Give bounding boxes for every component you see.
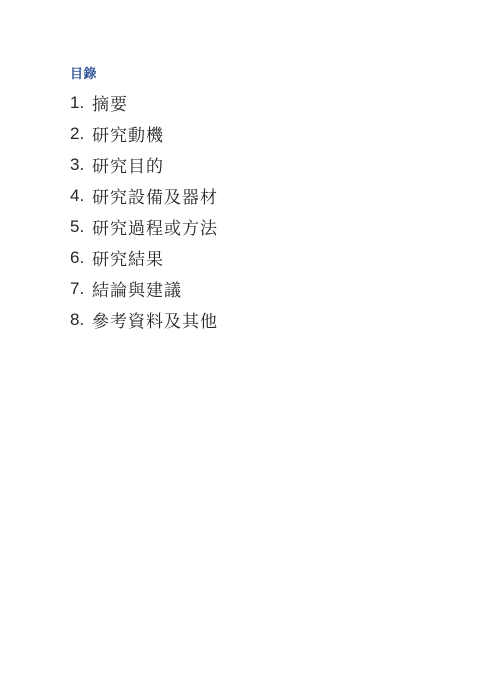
toc-item-label: 研究結果 bbox=[92, 245, 164, 270]
toc-item-label: 研究動機 bbox=[92, 121, 164, 146]
toc-heading: 目錄 bbox=[70, 66, 474, 82]
toc-item-label: 參考資料及其他 bbox=[92, 307, 218, 332]
toc-item-number: 8. bbox=[70, 310, 92, 330]
toc-item-number: 4. bbox=[70, 186, 92, 206]
toc-item-number: 3. bbox=[70, 155, 92, 175]
toc-item: 7. 結論與建議 bbox=[70, 273, 474, 304]
toc-item-label: 摘要 bbox=[92, 90, 128, 115]
toc-section: 目錄 1. 摘要 2. 研究動機 3. 研究目的 4. 研究設備及器材 5. 研… bbox=[0, 0, 494, 335]
toc-item-label: 研究設備及器材 bbox=[92, 183, 218, 208]
toc-item: 2. 研究動機 bbox=[70, 118, 474, 149]
toc-item-number: 7. bbox=[70, 279, 92, 299]
toc-list: 1. 摘要 2. 研究動機 3. 研究目的 4. 研究設備及器材 5. 研究過程… bbox=[70, 87, 474, 335]
document-page: 目錄 1. 摘要 2. 研究動機 3. 研究目的 4. 研究設備及器材 5. 研… bbox=[0, 0, 494, 700]
toc-item: 1. 摘要 bbox=[70, 87, 474, 118]
toc-item: 3. 研究目的 bbox=[70, 149, 474, 180]
toc-item-number: 2. bbox=[70, 124, 92, 144]
toc-item-number: 1. bbox=[70, 93, 92, 113]
toc-item-label: 結論與建議 bbox=[92, 276, 182, 301]
toc-item-number: 5. bbox=[70, 217, 92, 237]
toc-item-label: 研究過程或方法 bbox=[92, 214, 218, 239]
toc-item: 6. 研究結果 bbox=[70, 242, 474, 273]
toc-item-number: 6. bbox=[70, 248, 92, 268]
toc-item: 8. 參考資料及其他 bbox=[70, 304, 474, 335]
toc-item: 5. 研究過程或方法 bbox=[70, 211, 474, 242]
toc-item-label: 研究目的 bbox=[92, 152, 164, 177]
toc-item: 4. 研究設備及器材 bbox=[70, 180, 474, 211]
